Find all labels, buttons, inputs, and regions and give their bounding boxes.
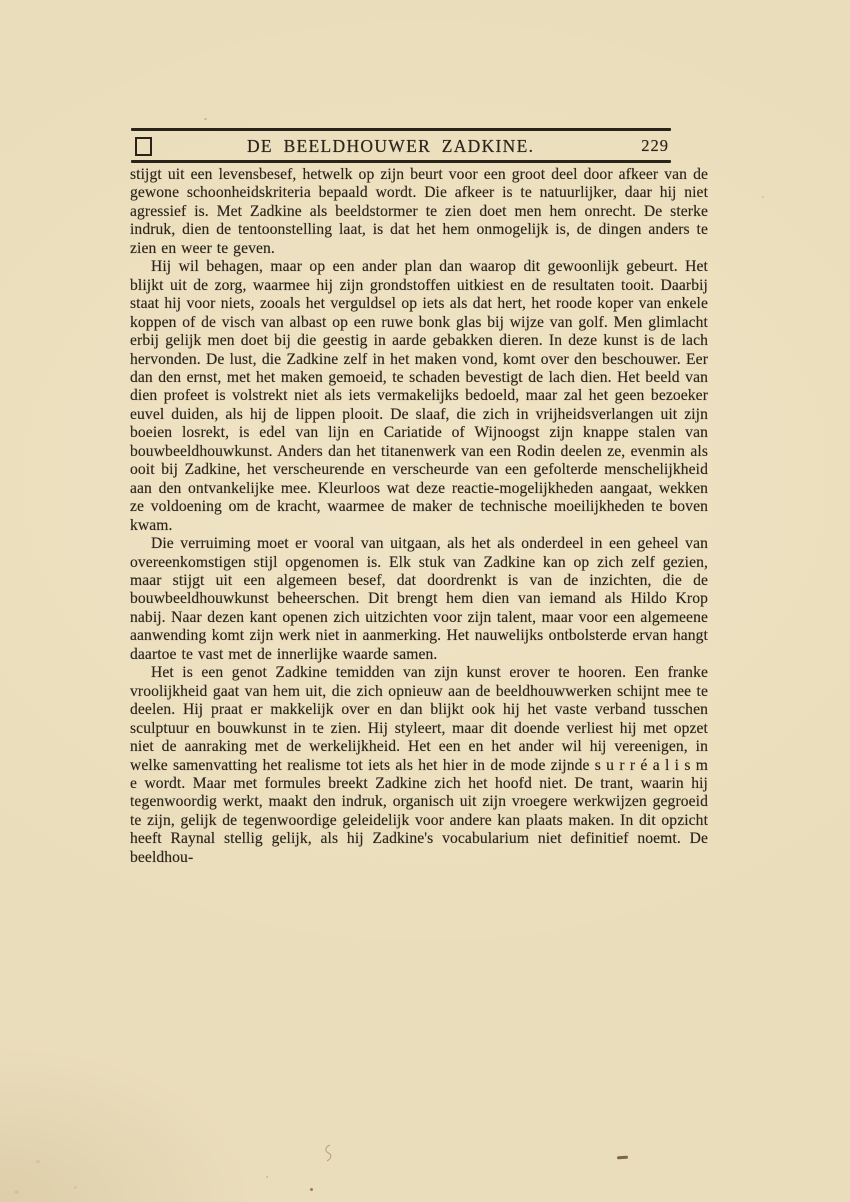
foxing-speck: [74, 1186, 77, 1189]
paragraph-continued: stijgt uit een levensbesef, hetwelk op z…: [130, 166, 708, 258]
running-header: DE BEELDHOUWER ZADKINE. 229: [131, 128, 671, 163]
page-number: 229: [641, 136, 669, 156]
body-text: stijgt uit een levensbesef, hetwelk op z…: [130, 166, 708, 867]
foxing-speck: [36, 1160, 40, 1163]
paragraph: Die verruiming moet er vooral van uitgaa…: [130, 535, 708, 664]
foxing-speck: [14, 1190, 19, 1194]
foxing-speck: [310, 1188, 313, 1191]
scan-artifact-squiggle: [322, 1144, 334, 1162]
foxing-speck: [266, 1176, 268, 1178]
foxing-speck: [204, 118, 207, 120]
running-title: DE BEELDHOUWER ZADKINE.: [146, 136, 635, 157]
foxing-speck: [762, 196, 764, 198]
book-page-scan: DE BEELDHOUWER ZADKINE. 229 stijgt uit e…: [0, 0, 850, 1202]
paragraph: Het is een genot Zadkine temidden van zi…: [130, 664, 708, 867]
header-row: DE BEELDHOUWER ZADKINE. 229: [131, 131, 671, 160]
paragraph: Hij wil behagen, maar op een ander plan …: [130, 258, 708, 535]
scan-artifact-dash: [617, 1156, 628, 1159]
header-rule-bottom: [131, 160, 671, 163]
